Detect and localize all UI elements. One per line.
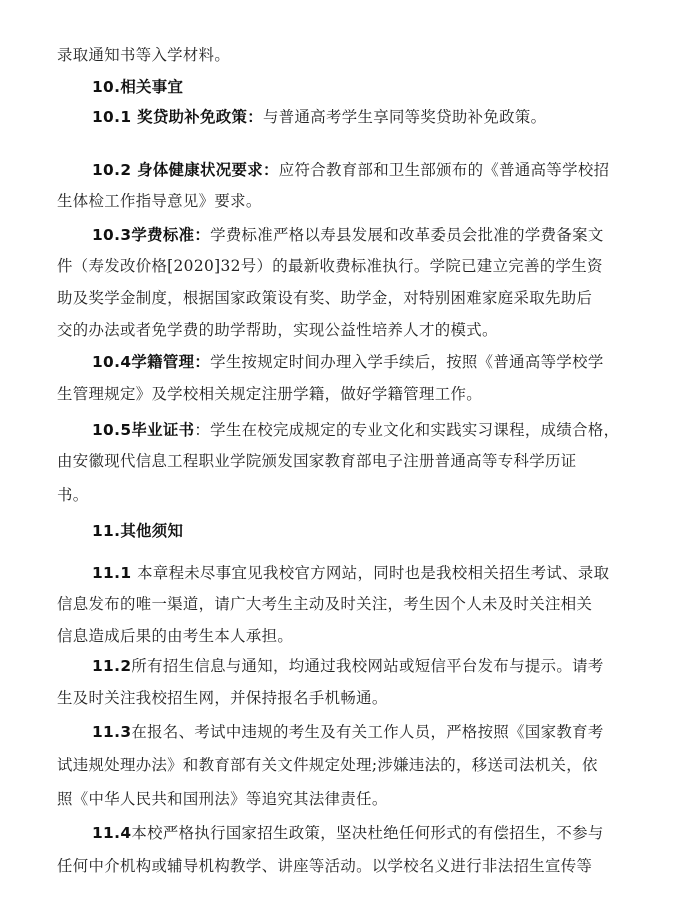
paragraph-line: 试违规处理办法》和教育部有关文件规定处理;涉嫌违法的，移送司法机关，依 xyxy=(57,755,637,775)
body-text: 所有招生信息与通知，均通过我校网站或短信平台发布与提示。请考 xyxy=(131,657,603,675)
item-label: 10.5毕业证书 xyxy=(92,421,194,439)
body-text: 录取通知书等入学材料。 xyxy=(57,46,230,64)
body-text: 应符合教育部和卫生部颁布的《普通高等学校招 xyxy=(279,161,610,179)
body-text: 本校严格执行国家招生政策，坚决杜绝任何形式的有偿招生，不参与 xyxy=(131,824,603,842)
body-text: 交的办法或者免学费的助学帮助，实现公益性培养人才的模式。 xyxy=(57,321,498,339)
item-label: 10.2 身体健康状况要求： xyxy=(92,161,279,179)
body-text: 照《中华人民共和国刑法》等追究其法律责任。 xyxy=(57,790,388,808)
body-text: 助及奖学金制度，根据国家政策设有奖、助学金，对特别困难家庭采取先助后 xyxy=(57,289,592,307)
body-text: 由安徽现代信息工程职业学院颁发国家教育部电子注册普通高等专科学历证 xyxy=(57,452,576,470)
body-text: 信息发布的唯一渠道，请广大考生主动及时关注，考生因个人未及时关注相关 xyxy=(57,595,592,613)
paragraph-line: 助及奖学金制度，根据国家政策设有奖、助学金，对特别困难家庭采取先助后 xyxy=(57,288,637,308)
paragraph-line: 件（寿发改价格[2020]32号）的最新收费标准执行。学院已建立完善的学生资 xyxy=(57,256,637,276)
item-label: 11.1 xyxy=(92,564,137,582)
paragraph-line: 生管理规定》及学校相关规定注册学籍，做好学籍管理工作。 xyxy=(57,384,637,404)
item-label: 11.4 xyxy=(92,824,131,842)
item-label: 11.3 xyxy=(92,723,131,741)
item-label: 10.3学费标准： xyxy=(92,226,210,244)
paragraph-line: 书。 xyxy=(57,485,637,505)
paragraph-10-2: 10.2 身体健康状况要求：应符合教育部和卫生部颁布的《普通高等学校招 xyxy=(92,160,637,180)
paragraph-10-1: 10.1 奖贷助补免政策：与普通高考学生享同等奖贷助补免政策。 xyxy=(92,107,637,127)
body-text: 生体检工作指导意见》要求。 xyxy=(57,192,262,210)
paragraph-line: 生体检工作指导意见》要求。 xyxy=(57,191,637,211)
document-page: 录取通知书等入学材料。 10.相关事宜 10.1 奖贷助补免政策：与普通高考学生… xyxy=(0,0,686,901)
paragraph-line: 生及时关注我校招生网，并保持报名手机畅通。 xyxy=(57,688,637,708)
body-text: 学生按规定时间办理入学手续后，按照《普通高等学校学 xyxy=(210,353,604,371)
body-text: ：学生在校完成规定的专业文化和实践实习课程，成绩合格， xyxy=(194,421,619,439)
paragraph-10-3: 10.3学费标准：学费标准严格以寿县发展和改革委员会批准的学费备案文 xyxy=(92,225,637,245)
body-text: 本章程未尽事宜见我校官方网站，同时也是我校相关招生考试、录取 xyxy=(137,564,609,582)
body-text: 学费标准严格以寿县发展和改革委员会批准的学费备案文 xyxy=(210,226,604,244)
paragraph-10-5: 10.5毕业证书：学生在校完成规定的专业文化和实践实习课程，成绩合格， xyxy=(92,420,637,440)
paragraph-line: 任何中介机构或辅导机构教学、讲座等活动。以学校名义进行非法招生宣传等 xyxy=(57,856,637,876)
body-text: 在报名、考试中违规的考生及有关工作人员，严格按照《国家教育考 xyxy=(131,723,603,741)
paragraph-line: 由安徽现代信息工程职业学院颁发国家教育部电子注册普通高等专科学历证 xyxy=(57,451,637,471)
body-text: 与普通高考学生享同等奖贷助补免政策。 xyxy=(263,108,546,126)
paragraph-11-2: 11.2所有招生信息与通知，均通过我校网站或短信平台发布与提示。请考 xyxy=(92,656,637,676)
body-text: 件（寿发改价格[2020]32号）的最新收费标准执行。学院已建立完善的学生资 xyxy=(57,257,603,275)
paragraph-11-4: 11.4本校严格执行国家招生政策，坚决杜绝任何形式的有偿招生，不参与 xyxy=(92,823,637,843)
item-label: 11.2 xyxy=(92,657,131,675)
body-text: 信息造成后果的由考生本人承担。 xyxy=(57,627,293,645)
paragraph-line: 信息发布的唯一渠道，请广大考生主动及时关注，考生因个人未及时关注相关 xyxy=(57,594,637,614)
paragraph-line: 录取通知书等入学材料。 xyxy=(57,45,637,65)
body-text: 任何中介机构或辅导机构教学、讲座等活动。以学校名义进行非法招生宣传等 xyxy=(57,857,592,875)
item-label: 10.1 奖贷助补免政策： xyxy=(92,108,263,126)
paragraph-11-1: 11.1 本章程未尽事宜见我校官方网站，同时也是我校相关招生考试、录取 xyxy=(92,563,637,583)
paragraph-10-4: 10.4学籍管理：学生按规定时间办理入学手续后，按照《普通高等学校学 xyxy=(92,352,637,372)
paragraph-11-3: 11.3在报名、考试中违规的考生及有关工作人员，严格按照《国家教育考 xyxy=(92,722,637,742)
body-text: 书。 xyxy=(57,486,88,504)
body-text: 生及时关注我校招生网，并保持报名手机畅通。 xyxy=(57,689,388,707)
section-heading-10: 10.相关事宜 xyxy=(92,77,637,97)
section-heading-11: 11.其他须知 xyxy=(92,521,637,541)
paragraph-line: 信息造成后果的由考生本人承担。 xyxy=(57,626,637,646)
item-label: 10.4学籍管理： xyxy=(92,353,210,371)
paragraph-line: 照《中华人民共和国刑法》等追究其法律责任。 xyxy=(57,789,637,809)
body-text: 生管理规定》及学校相关规定注册学籍，做好学籍管理工作。 xyxy=(57,385,482,403)
body-text: 试违规处理办法》和教育部有关文件规定处理;涉嫌违法的，移送司法机关，依 xyxy=(57,756,598,774)
paragraph-line: 交的办法或者免学费的助学帮助，实现公益性培养人才的模式。 xyxy=(57,320,637,340)
